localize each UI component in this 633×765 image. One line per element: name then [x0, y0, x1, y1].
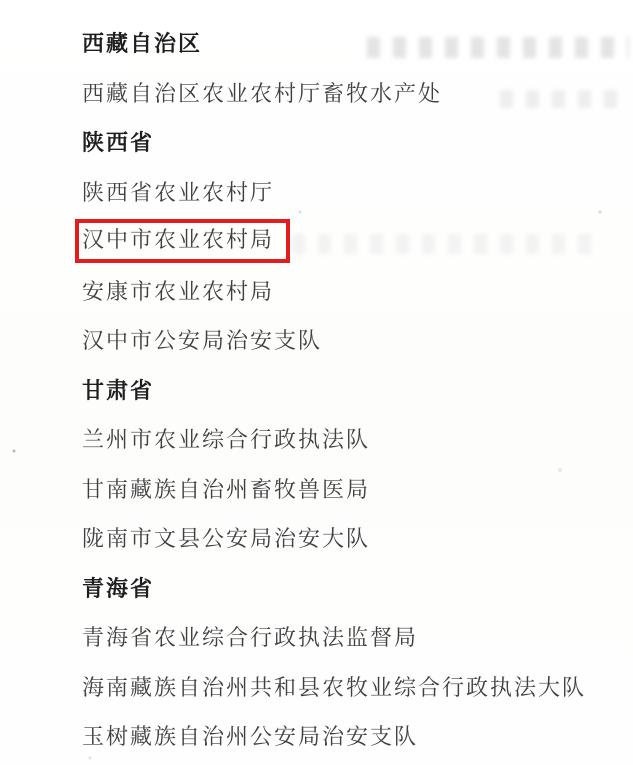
- org-entry: 青海省农业综合行政执法监督局: [82, 621, 418, 652]
- org-entry-row: 海南藏族自治州共和县农牧业综合行政执法大队: [82, 662, 633, 712]
- org-entry-row: 甘南藏族自治州畜牧兽医局: [82, 464, 633, 514]
- province-heading-row: 甘肃省: [82, 365, 633, 415]
- org-entry: 甘南藏族自治州畜牧兽医局: [82, 473, 370, 504]
- org-entry-row: 玉树藏族自治州公安局治安支队: [82, 711, 633, 761]
- province-heading-row: 西藏自治区: [82, 18, 633, 68]
- org-entry-row: 安康市农业农村局: [82, 266, 633, 316]
- province-heading-row: 陕西省: [82, 117, 633, 167]
- document-content: 西藏自治区 西藏自治区农业农村厅畜牧水产处 陕西省 陕西省农业农村厅 汉中市农业…: [82, 18, 633, 761]
- scanned-document-page: 西藏自治区 西藏自治区农业农村厅畜牧水产处 陕西省 陕西省农业农村厅 汉中市农业…: [0, 0, 633, 765]
- province-heading: 甘肃省: [82, 374, 154, 405]
- org-entry: 安康市农业农村局: [82, 275, 274, 306]
- org-entry: 兰州市农业综合行政执法队: [82, 423, 370, 454]
- province-heading: 陕西省: [82, 126, 154, 157]
- org-entry-row: 西藏自治区农业农村厅畜牧水产处: [82, 68, 633, 118]
- org-entry: 玉树藏族自治州公安局治安支队: [82, 720, 418, 751]
- province-heading-row: 青海省: [82, 563, 633, 613]
- org-entry: 海南藏族自治州共和县农牧业综合行政执法大队: [82, 671, 586, 702]
- org-entry-row-highlighted: 汉中市农业农村局: [82, 216, 633, 266]
- red-highlight-box: 汉中市农业农村局: [75, 219, 290, 263]
- org-entry-row: 汉中市公安局治安支队: [82, 315, 633, 365]
- org-entry-row: 兰州市农业综合行政执法队: [82, 414, 633, 464]
- org-entry-row: 青海省农业综合行政执法监督局: [82, 612, 633, 662]
- org-entry-row: 陕西省农业农村厅: [82, 167, 633, 217]
- province-heading: 西藏自治区: [82, 27, 202, 58]
- org-entry-row: 陇南市文县公安局治安大队: [82, 513, 633, 563]
- org-entry: 汉中市公安局治安支队: [82, 324, 322, 355]
- org-entry: 陇南市文县公安局治安大队: [82, 522, 370, 553]
- org-entry: 西藏自治区农业农村厅畜牧水产处: [82, 77, 442, 108]
- org-entry: 陕西省农业农村厅: [82, 176, 274, 207]
- province-heading: 青海省: [82, 572, 154, 603]
